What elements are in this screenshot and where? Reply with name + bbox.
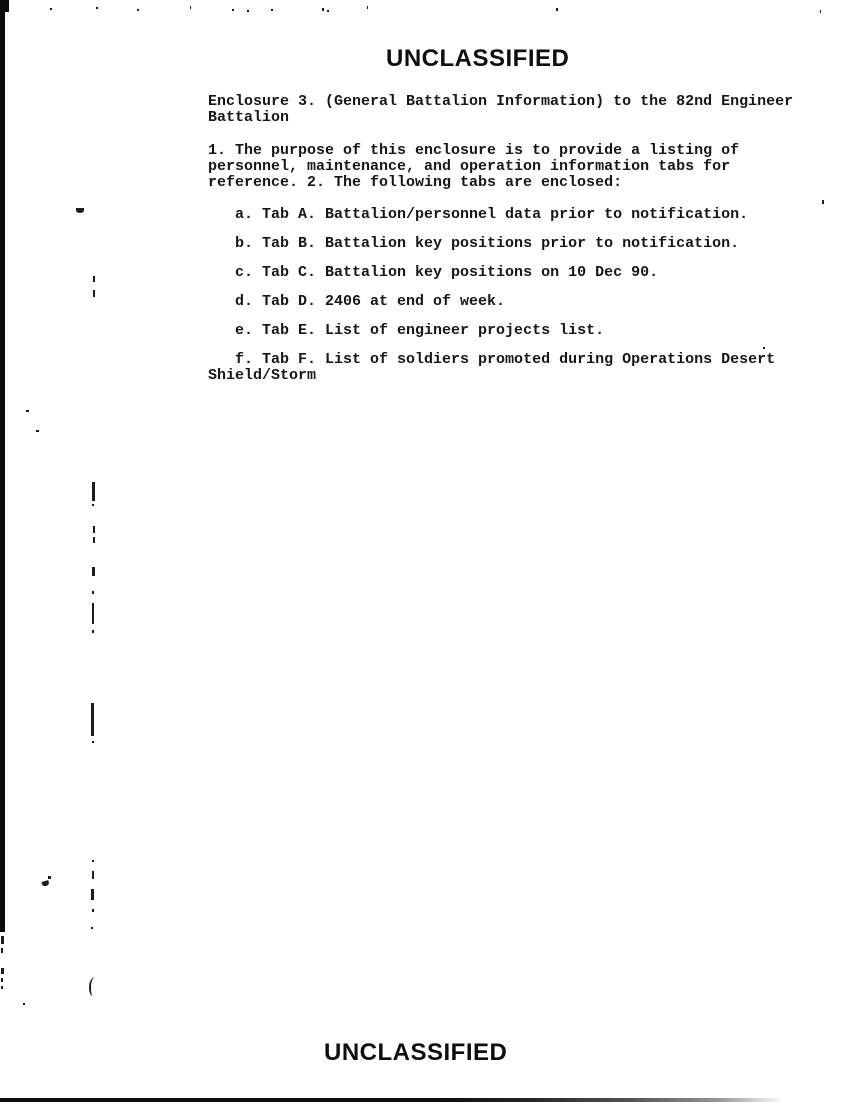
scan-speck bbox=[96, 7, 98, 9]
scan-squiggle-dot bbox=[48, 876, 51, 879]
scan-speck bbox=[92, 909, 94, 912]
scan-mark bbox=[1, 948, 3, 953]
scan-speck bbox=[247, 10, 249, 12]
scan-speck bbox=[92, 504, 94, 506]
scan-mark bbox=[93, 537, 95, 543]
tab-list-item-e: e. Tab E. List of engineer projects list… bbox=[208, 323, 828, 339]
tab-list-item-d: d. Tab D. 2406 at end of week. bbox=[208, 294, 828, 310]
scanned-document-page: UNCLASSIFIED Enclosure 3. (General Batta… bbox=[0, 0, 850, 1110]
scan-speck bbox=[92, 630, 94, 633]
scan-speck bbox=[23, 1003, 25, 1005]
scan-speck bbox=[137, 9, 139, 11]
scan-speck bbox=[36, 430, 39, 432]
scan-speck bbox=[271, 9, 273, 11]
tab-list-item-a: a. Tab A. Battalion/personnel data prior… bbox=[208, 207, 828, 223]
document-body: Enclosure 3. (General Battalion Informat… bbox=[208, 94, 828, 397]
scan-mark bbox=[93, 276, 95, 282]
scan-blob bbox=[76, 208, 84, 213]
scan-mark bbox=[92, 567, 95, 576]
scan-speck bbox=[50, 8, 52, 10]
scan-speck bbox=[92, 741, 94, 743]
scan-speck bbox=[763, 347, 765, 349]
scan-mark-vertical bbox=[92, 482, 95, 501]
scan-speck bbox=[822, 200, 824, 204]
scan-speck bbox=[327, 10, 329, 12]
scan-speck bbox=[92, 591, 94, 594]
classification-footer: UNCLASSIFIED bbox=[324, 1041, 507, 1065]
scan-mark bbox=[92, 871, 94, 879]
scan-mark bbox=[93, 526, 95, 533]
scan-speck bbox=[820, 10, 821, 13]
scan-mark-vertical bbox=[91, 703, 94, 736]
scan-mark bbox=[1, 986, 3, 989]
intro-paragraph: 1. The purpose of this enclosure is to p… bbox=[208, 143, 828, 191]
classification-header: UNCLASSIFIED bbox=[386, 47, 569, 71]
scan-speck bbox=[92, 860, 94, 862]
scan-speck bbox=[232, 9, 234, 11]
scan-mark bbox=[91, 889, 94, 900]
scan-bottom-line bbox=[0, 1098, 792, 1102]
tab-list-item-f: f. Tab F. List of soldiers promoted duri… bbox=[208, 352, 828, 384]
scan-edge-bar-notch bbox=[0, 0, 9, 12]
scan-paren-mark bbox=[89, 977, 98, 996]
tab-list-item-c: c. Tab C. Battalion key positions on 10 … bbox=[208, 265, 828, 281]
scan-speck bbox=[26, 410, 29, 412]
scan-speck bbox=[190, 6, 191, 9]
tab-list-item-b: b. Tab B. Battalion key positions prior … bbox=[208, 236, 828, 252]
scan-mark bbox=[1, 978, 3, 982]
scan-speck bbox=[367, 6, 368, 9]
scan-mark-vertical bbox=[92, 603, 94, 624]
scan-mark bbox=[1, 936, 4, 944]
scan-mark bbox=[1, 968, 4, 974]
scan-speck bbox=[322, 8, 324, 11]
scan-speck bbox=[556, 8, 558, 11]
scan-squiggle bbox=[41, 880, 49, 887]
enclosure-title: Enclosure 3. (General Battalion Informat… bbox=[208, 94, 828, 126]
scan-edge-bar bbox=[0, 0, 5, 932]
scan-speck bbox=[91, 927, 93, 929]
scan-mark bbox=[93, 290, 95, 297]
